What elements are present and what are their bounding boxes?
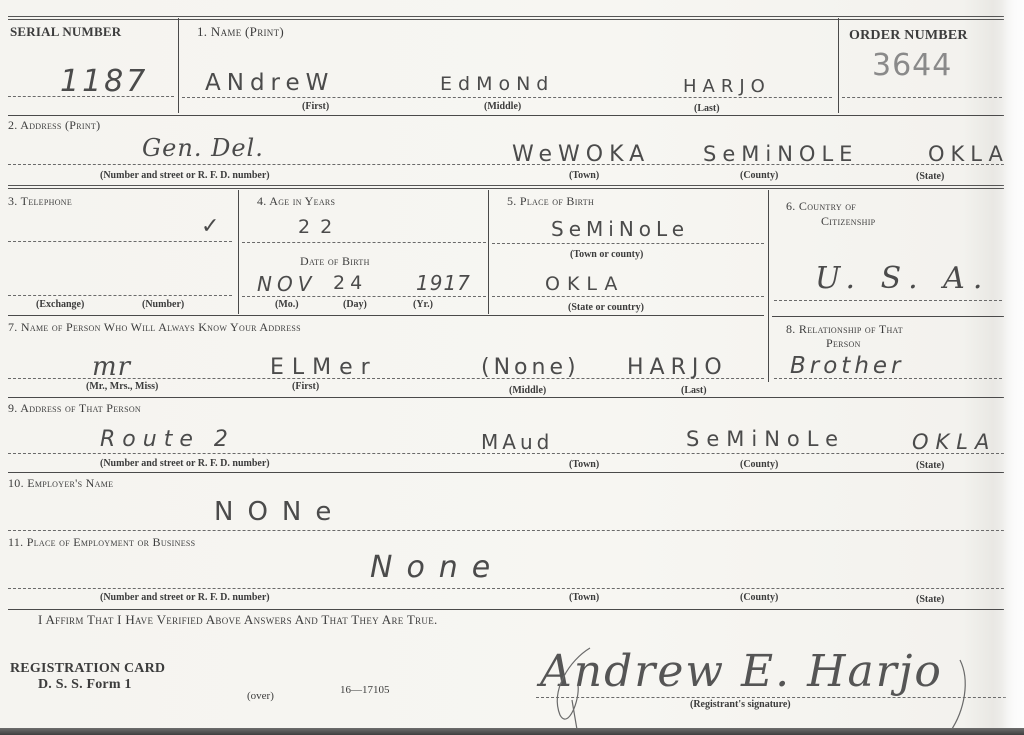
name-first-caption: (First)	[302, 101, 329, 112]
relationship-label-line1: 8. Relationship of That	[786, 322, 903, 337]
contact-address-county-caption: (County)	[740, 459, 778, 470]
citizenship-underline	[774, 300, 1002, 301]
employment-place-label: 11. Place of Employment or Business	[8, 535, 195, 550]
telephone-exchange-caption: (Exchange)	[36, 299, 84, 310]
order-number-label: ORDER NUMBER	[849, 28, 968, 44]
divider	[178, 18, 179, 113]
citizenship-label-line1: 6. Country of	[786, 199, 856, 214]
address-state-value: OKLA	[928, 142, 1009, 166]
name-last-value: HARJO	[683, 76, 771, 97]
dob-month-caption: (Mo.)	[275, 299, 299, 310]
contact-first-value: ELMer	[270, 355, 378, 380]
contact-address-town-value: MAud	[481, 430, 553, 454]
dob-year-value: 1917	[416, 271, 471, 295]
contact-address-town-caption: (Town)	[569, 459, 599, 470]
contact-middle-caption: (Middle)	[509, 385, 546, 396]
telephone-value: ✓	[201, 214, 225, 239]
employment-place-underline	[8, 588, 1004, 589]
relationship-value: Brother	[790, 353, 905, 379]
dob-month-value: NOV	[257, 272, 316, 296]
contact-last-value: HARJO	[627, 355, 728, 380]
row-divider	[8, 397, 1004, 398]
age-underline	[242, 242, 486, 243]
telephone-underline	[8, 241, 232, 242]
employer-underline	[8, 530, 1004, 531]
relationship-label-line2: Person	[826, 336, 861, 351]
address-street-value: Gen. Del.	[142, 134, 264, 162]
employment-street-caption: (Number and street or R. F. D. number)	[100, 592, 270, 603]
divider	[838, 18, 839, 113]
address-town-caption: (Town)	[569, 170, 599, 181]
telephone-underline-2	[8, 295, 232, 296]
contact-address-street-caption: (Number and street or R. F. D. number)	[100, 458, 270, 469]
contact-title-caption: (Mr., Mrs., Miss)	[86, 381, 158, 392]
order-number-value: 3644	[872, 48, 952, 83]
name-label: 1. Name (Print)	[197, 24, 284, 40]
serial-number-label: SERIAL NUMBER	[10, 24, 121, 40]
row-divider	[8, 315, 764, 316]
employment-place-value: None	[370, 550, 504, 585]
dob-label: Date of Birth	[300, 254, 370, 269]
contact-address-state-caption: (State)	[916, 460, 944, 471]
age-value: 22	[298, 216, 342, 238]
name-underline	[182, 97, 832, 98]
age-label: 4. Age in Years	[257, 194, 335, 209]
employment-state-caption: (State)	[916, 594, 944, 605]
telephone-number-caption: (Number)	[142, 299, 184, 310]
telephone-label: 3. Telephone	[8, 194, 72, 209]
row-divider	[8, 609, 1004, 610]
birthplace-state-value: OKLA	[545, 273, 624, 295]
divider	[238, 190, 239, 314]
signature-flourish-icon	[530, 640, 1010, 735]
card-title: REGISTRATION CARD	[10, 661, 165, 677]
name-middle-value: EdMoNd	[440, 73, 554, 95]
divider	[768, 190, 769, 382]
birthplace-town-caption: (Town or county)	[570, 249, 643, 260]
address-state-caption: (State)	[916, 171, 944, 182]
contact-address-state-value: OKLA	[912, 430, 996, 454]
contact-underline	[8, 378, 764, 379]
over-label: (over)	[247, 690, 274, 702]
birthplace-town-value: SeMiNoLe	[551, 217, 689, 241]
birthplace-town-underline	[492, 243, 764, 244]
form-name: D. S. S. Form 1	[38, 677, 132, 693]
page-edge	[1002, 0, 1024, 735]
dob-underline	[242, 296, 486, 297]
signature-underline	[536, 697, 1006, 698]
signature-caption: (Registrant's signature)	[690, 699, 791, 710]
name-first-value: ANdreW	[205, 70, 334, 96]
employer-label: 10. Employer's Name	[8, 476, 113, 491]
address-street-caption: (Number and street or R. F. D. number)	[100, 170, 270, 181]
serial-number-value: 1187	[60, 64, 148, 99]
relationship-underline	[774, 378, 1002, 379]
top-border	[8, 16, 1004, 17]
row-divider	[8, 115, 1004, 116]
row-divider	[772, 316, 1004, 317]
birthplace-state-caption: (State or country)	[568, 302, 644, 313]
address-county-value: SeMiNOLE	[703, 142, 858, 166]
citizenship-value: U. S. A.	[815, 261, 990, 296]
employment-town-caption: (Town)	[569, 592, 599, 603]
row-divider	[8, 185, 1004, 186]
address-label: 2. Address (Print)	[8, 118, 100, 133]
page-bottom-edge	[0, 728, 1024, 735]
contact-address-underline	[8, 453, 1004, 454]
birthplace-state-underline	[492, 296, 764, 297]
row-divider	[8, 472, 1004, 473]
address-underline	[8, 164, 1004, 165]
contact-first-caption: (First)	[292, 381, 319, 392]
contact-address-county-value: SeMiNoLe	[686, 427, 845, 451]
employment-county-caption: (County)	[740, 592, 778, 603]
contact-person-label: 7. Name of Person Who Will Always Know Y…	[8, 320, 301, 335]
dob-year-caption: (Yr.)	[413, 299, 433, 310]
serial-underline	[8, 96, 174, 97]
order-underline	[842, 97, 1002, 98]
divider	[488, 190, 489, 314]
registration-card: SERIAL NUMBER 1187 1. Name (Print) ANdre…	[0, 0, 1024, 735]
contact-middle-value: (None)	[481, 355, 580, 380]
name-middle-caption: (Middle)	[484, 101, 521, 112]
contact-address-label: 9. Address of That Person	[8, 401, 141, 416]
affirmation-text: I Affirm That I Have Verified Above Answ…	[38, 612, 438, 628]
citizenship-label-line2: Citizenship	[821, 214, 875, 229]
print-code: 16—17105	[340, 684, 390, 696]
employer-value: NONe	[214, 497, 345, 527]
contact-address-street-value: Route 2	[100, 427, 235, 452]
name-last-caption: (Last)	[694, 103, 720, 114]
dob-day-caption: (Day)	[343, 299, 367, 310]
dob-day-value: 24	[333, 272, 367, 294]
contact-last-caption: (Last)	[681, 385, 707, 396]
birthplace-label: 5. Place of Birth	[507, 194, 594, 209]
address-county-caption: (County)	[740, 170, 778, 181]
